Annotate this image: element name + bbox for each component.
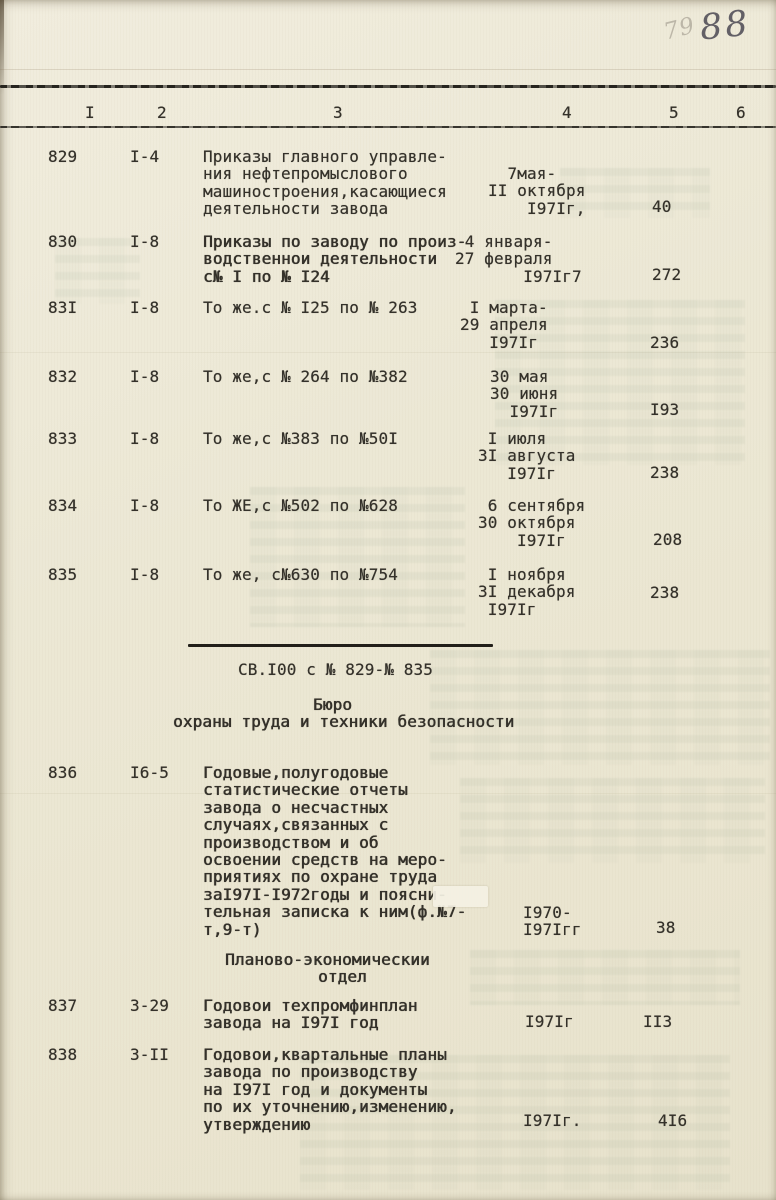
column-header-1: I (85, 104, 95, 121)
scan-edge-shadow (0, 0, 4, 95)
row-count: II3 (643, 1013, 672, 1030)
row-title: То же,с № 264 по №382 (203, 368, 408, 385)
bleedthrough-ghost (470, 950, 740, 1005)
section-heading-line: отдел (318, 968, 367, 985)
column-header-2: 2 (157, 104, 167, 121)
row-number: 835 (48, 566, 77, 583)
row-count: 208 (653, 531, 682, 548)
row-index: I-8 (130, 566, 159, 583)
row-dates: 6 сентября 30 октября I97Iг (478, 497, 585, 549)
handwritten-page-number: 88 (698, 3, 752, 48)
row-index: I-8 (130, 368, 159, 385)
section-heading-line: охраны труда и техники безопасности (173, 713, 514, 730)
row-title: Годовые,полугодовые статистические отчет… (203, 764, 466, 938)
row-count: 238 (650, 584, 679, 601)
row-index: I-8 (130, 299, 159, 316)
row-index: I-8 (130, 497, 159, 514)
row-index: I-4 (130, 148, 159, 165)
row-dates: I марта- 29 апреля I97Iг (460, 299, 548, 351)
correction-fluid-patch (433, 886, 488, 907)
column-header-5: 5 (669, 104, 679, 121)
table-top-rule (0, 85, 776, 88)
row-title: То же,с №383 по №50I (203, 430, 398, 447)
row-number: 833 (48, 430, 77, 447)
row-title: Годовои техпромфинплан завода на I97I го… (203, 997, 418, 1032)
row-dates: I июля 3I августа I97Iг (478, 430, 576, 482)
row-index: 3-II (130, 1046, 169, 1063)
column-header-4: 4 (562, 104, 572, 121)
scanned-archive-inventory-page: 79 88 I 2 3 4 5 6 829 I-4 Приказы главно… (0, 0, 776, 1200)
row-index: I-8 (130, 233, 159, 250)
column-header-6: 6 (736, 104, 746, 121)
row-title: Приказы главного управле- ния нефтепромы… (203, 148, 447, 218)
row-dates: I97Iг (525, 1013, 574, 1030)
row-title: То ЖЕ,с №502 по №628 (203, 497, 398, 514)
paper-crease (0, 69, 776, 70)
row-count: 38 (656, 919, 676, 936)
row-count: 40 (652, 198, 672, 215)
row-dates: 30 мая 30 июня I97Iг (490, 368, 558, 420)
paper-crease (0, 352, 776, 353)
row-title: То же.с № I25 по № 263 (203, 299, 418, 316)
row-dates: 4 января- 27 февраля I97Iг7 (455, 233, 582, 285)
row-dates: I97Iг. (523, 1112, 582, 1129)
row-index: 3-29 (130, 997, 169, 1014)
row-dates: I970- I97Iгг (523, 904, 582, 939)
row-number: 832 (48, 368, 77, 385)
row-index: I-8 (130, 430, 159, 447)
row-number: 837 (48, 997, 77, 1014)
row-count: I93 (650, 401, 679, 418)
row-number: 829 (48, 148, 77, 165)
row-count: 238 (650, 464, 679, 481)
section-heading-line: Бюро (313, 696, 352, 713)
row-title: То же, с№630 по №754 (203, 566, 398, 583)
row-number: 836 (48, 764, 77, 781)
row-number: 83I (48, 299, 77, 316)
section-heading-line: Планово-экономическии (225, 951, 430, 968)
row-title: Приказы по заводу по произ- водственнои … (203, 233, 466, 285)
row-dates: 7мая- II октября I97Iг, (488, 165, 586, 217)
table-header-rule (0, 126, 776, 128)
handwritten-old-page-number: 79 (661, 13, 698, 46)
column-header-3: 3 (333, 104, 343, 121)
bundle-summary: СВ.I00 с № 829-№ 835 (238, 661, 433, 678)
row-count: 4I6 (658, 1112, 687, 1129)
row-number: 838 (48, 1046, 77, 1063)
row-count: 272 (652, 266, 681, 283)
bleedthrough-ghost (460, 778, 765, 863)
row-number: 834 (48, 497, 77, 514)
row-index: I6-5 (130, 764, 169, 781)
row-number: 830 (48, 233, 77, 250)
row-count: 236 (650, 334, 679, 351)
row-dates: I ноября 3I декабря I97Iг (478, 566, 576, 618)
bundle-separator-line (188, 644, 493, 647)
bleedthrough-ghost (430, 650, 770, 765)
row-title: Годовои,квартальные планы завода по прои… (203, 1046, 457, 1133)
